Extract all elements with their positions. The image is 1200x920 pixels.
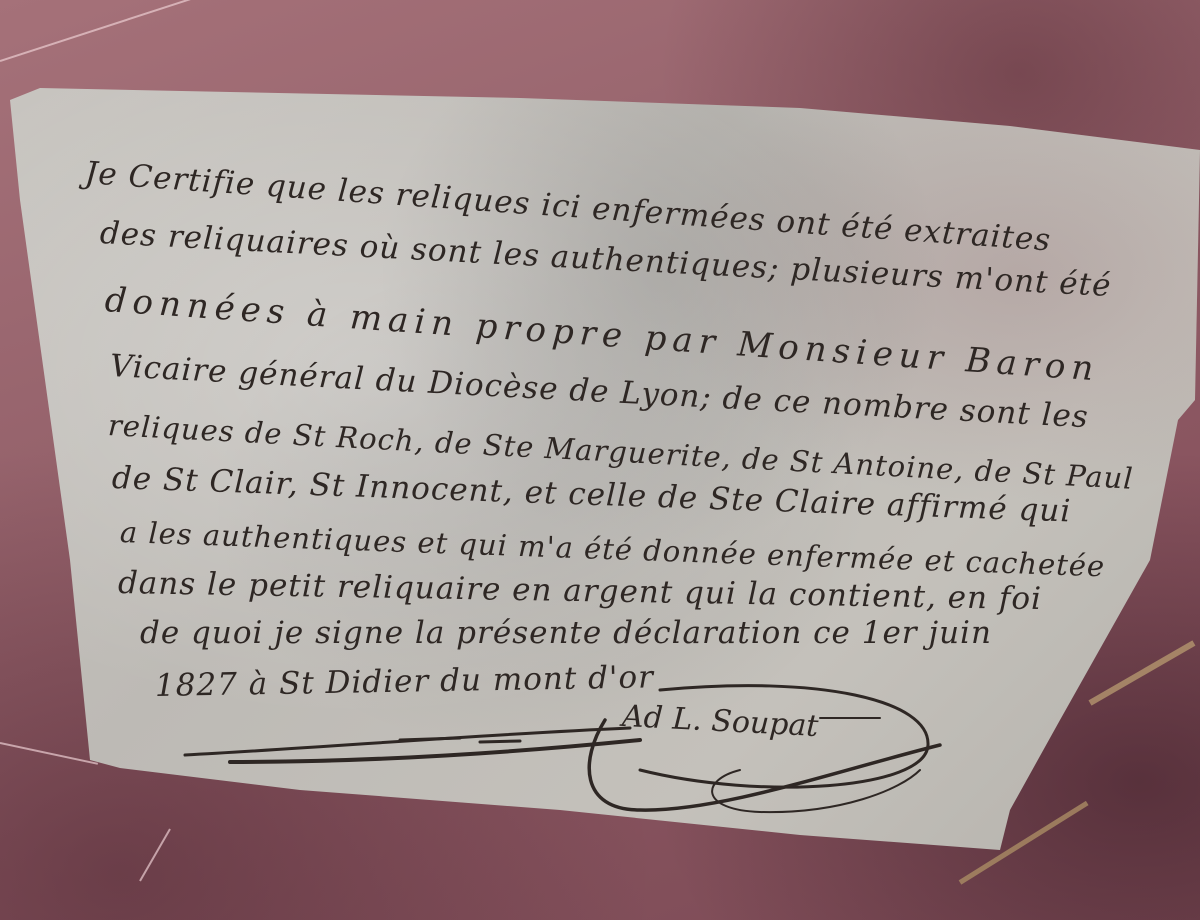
handwritten-text: Je Certifie que les reliques ici enfermé…: [0, 0, 1200, 920]
signature-flourish-icon: [0, 0, 1200, 920]
